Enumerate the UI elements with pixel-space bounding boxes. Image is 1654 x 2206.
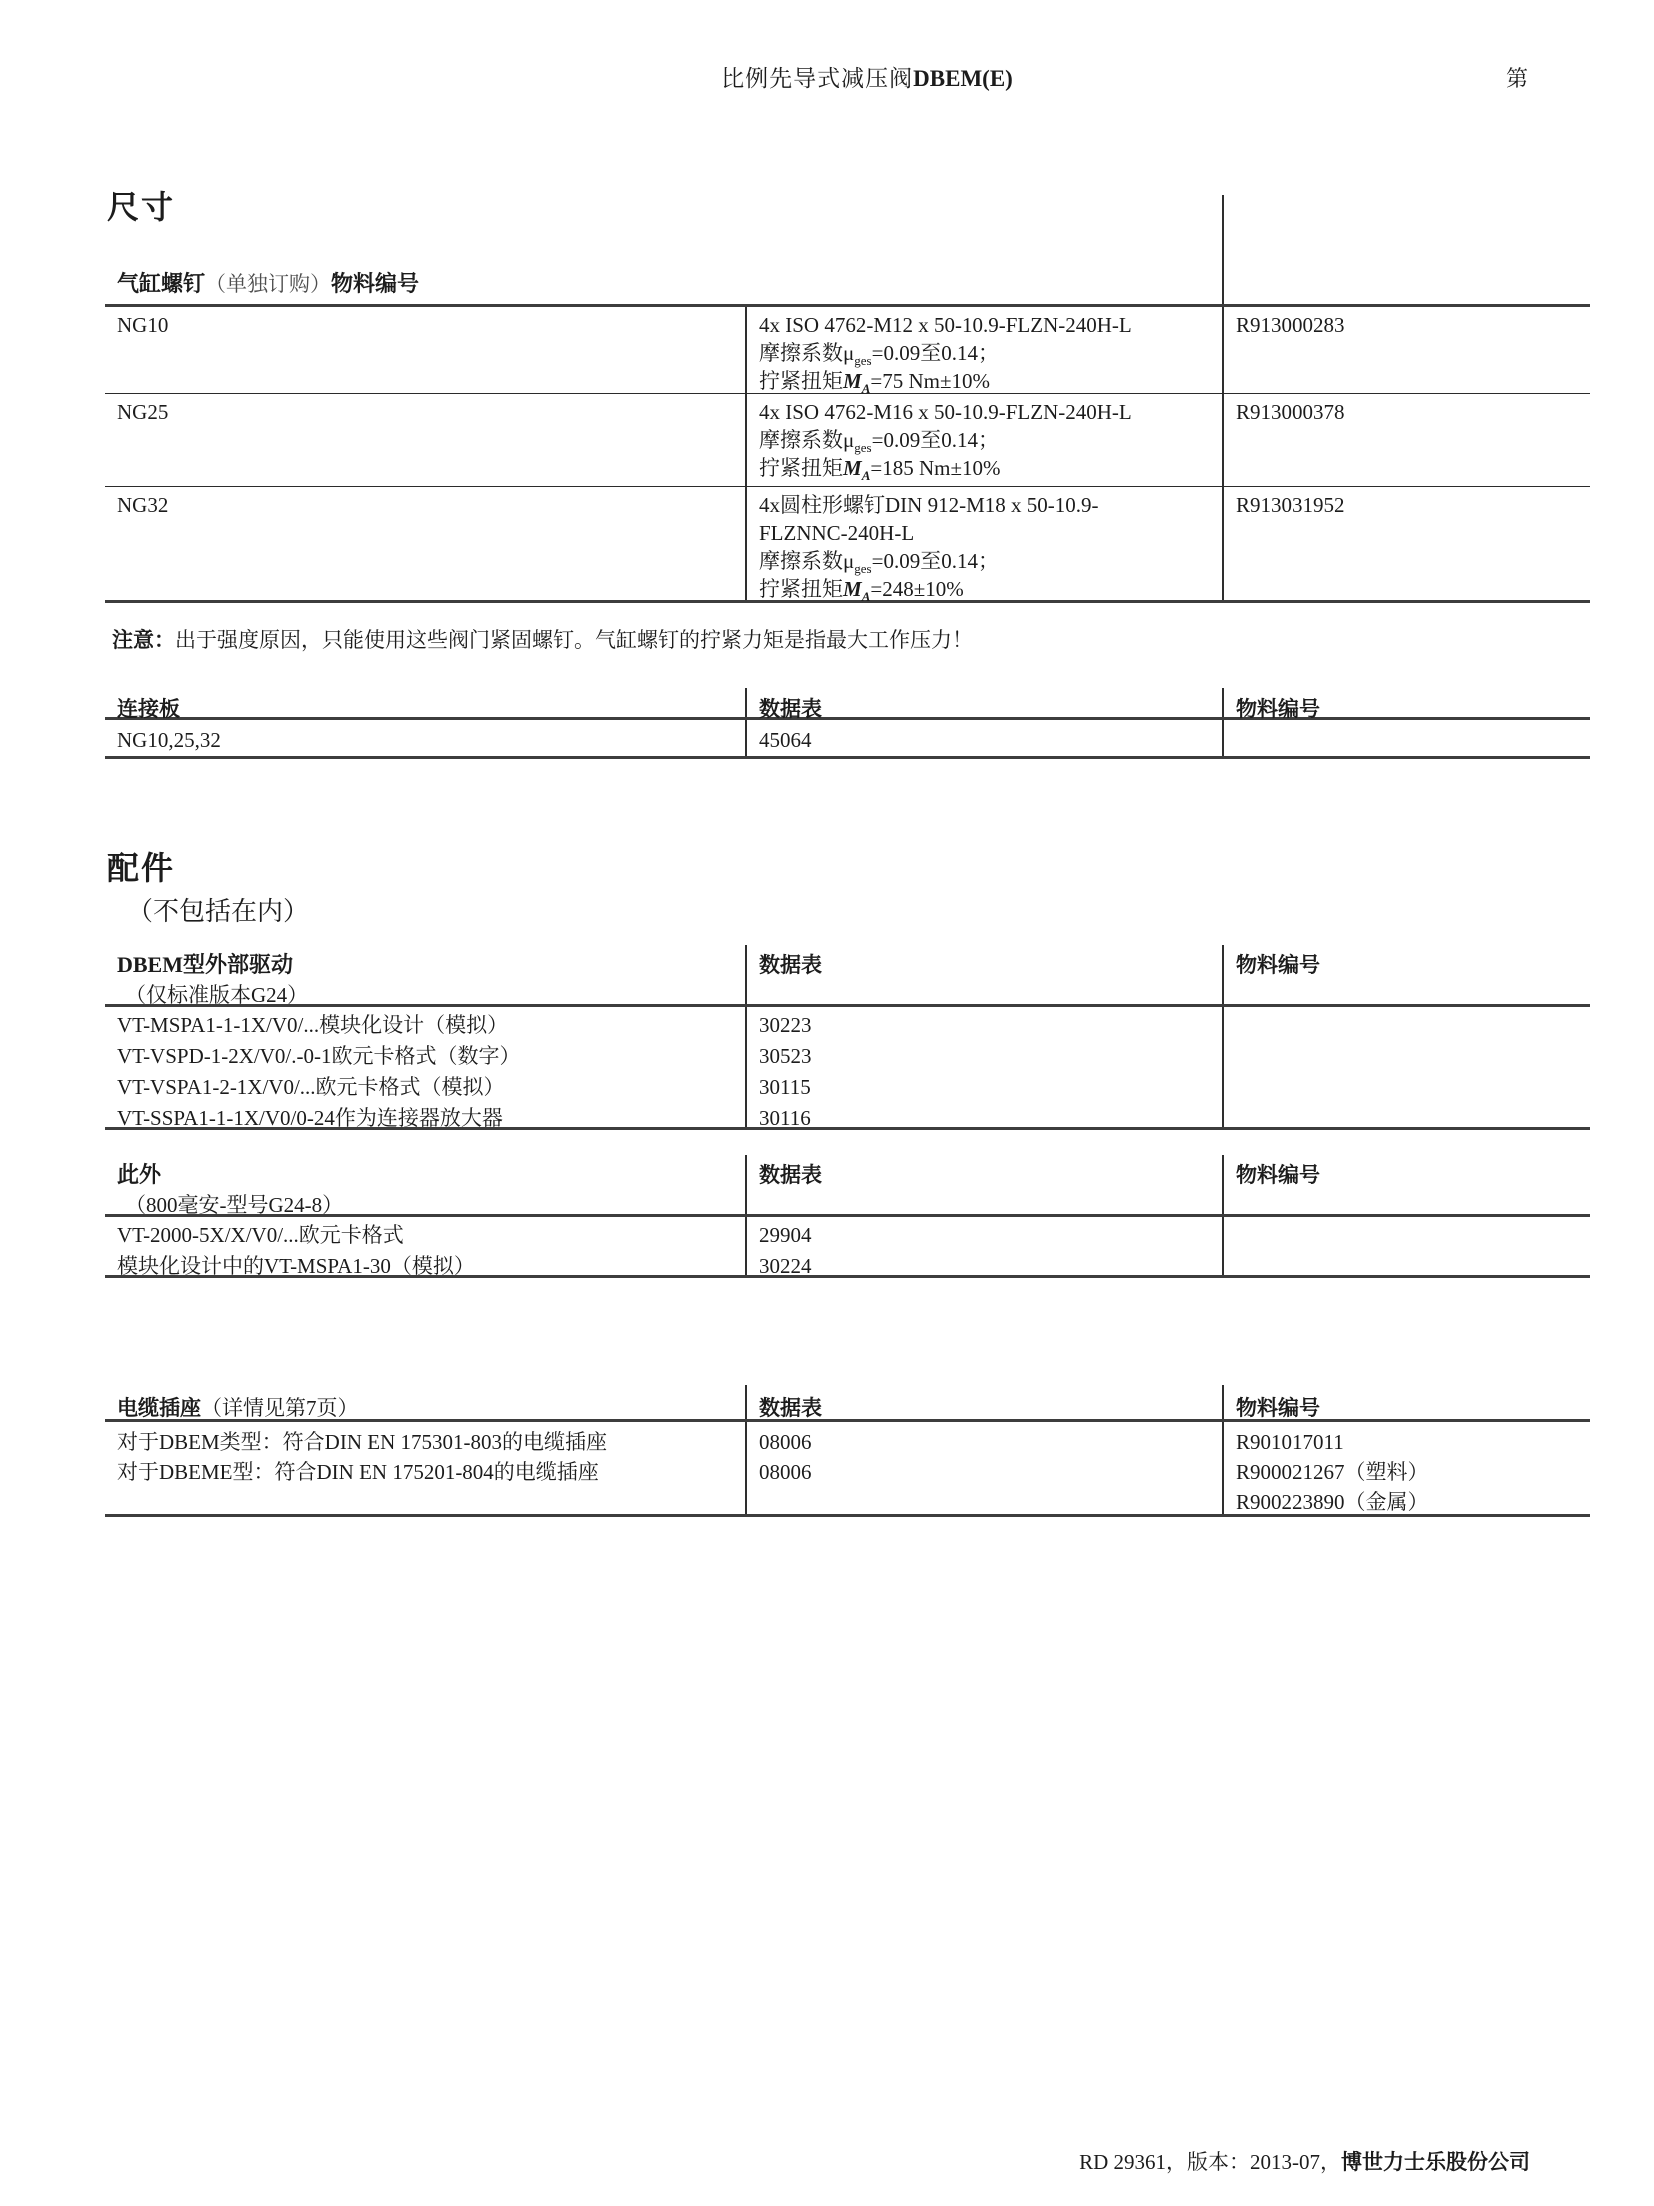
- list-item: VT-MSPA1-1-1X/V0/...模块化设计（模拟）: [117, 1010, 520, 1041]
- other-table-subtitle: （800毫安-型号G24-8）: [117, 1190, 343, 1220]
- list-item: 对于DBEME型：符合DIN EN 175201-804的电缆插座: [117, 1457, 607, 1487]
- screws-table-header-text: 气缸螺钉（单独订购）物料编号: [117, 267, 419, 298]
- col-header-partno: 物料编号: [1236, 945, 1320, 980]
- drive-table-title-cell: DBEM型外部驱动 （仅标准版本G24）: [117, 945, 308, 1010]
- column-divider: [745, 307, 747, 393]
- table-row-ng32: NG32 4x圆柱形螺钉DIN 912-M18 x 50-10.9- FLZNN…: [105, 487, 1590, 603]
- cell-spec: 4x ISO 4762-M16 x 50-10.9-FLZN-240H-L 摩擦…: [759, 394, 1132, 482]
- column-divider: [745, 945, 747, 1004]
- column-divider: [1222, 945, 1224, 1004]
- list-item: 模块化设计中的VT-MSPA1-30（模拟）: [117, 1251, 475, 1282]
- drive-table-subtitle: （仅标准版本G24）: [117, 980, 308, 1010]
- column-divider: [745, 1007, 747, 1127]
- plate-table-header-row: 连接板 数据表 物料编号: [105, 688, 1590, 720]
- cell-part-number: R913000283: [1236, 307, 1345, 339]
- footer-company: 博世力士乐股份公司: [1341, 2150, 1530, 2174]
- column-divider: [745, 1422, 747, 1514]
- cell-part-number: R900223890（金属）: [1236, 1487, 1429, 1517]
- drive-names: VT-MSPA1-1-1X/V0/...模块化设计（模拟） VT-VSPD-1-…: [117, 1007, 520, 1134]
- column-divider: [1222, 307, 1224, 393]
- page-number-label: 第: [1506, 62, 1528, 93]
- drive-table: DBEM型外部驱动 （仅标准版本G24） 数据表 物料编号 VT-MSPA1-1…: [105, 945, 1590, 1130]
- screws-header-paren: （单独订购）: [205, 272, 331, 296]
- friction-line: 摩擦系数μges=0.09至0.14；: [759, 426, 1132, 454]
- column-divider: [1222, 394, 1224, 486]
- table-row-ng25: NG25 4x ISO 4762-M16 x 50-10.9-FLZN-240H…: [105, 394, 1590, 487]
- socket-table-title: 电缆插座: [117, 1396, 201, 1420]
- socket-part-numbers: R901017011 R900021267（塑料） R900223890（金属）: [1236, 1422, 1429, 1517]
- cell-datasheet: 29904: [759, 1220, 812, 1251]
- column-divider: [1222, 195, 1224, 304]
- socket-table-title-paren: （详情见第7页）: [201, 1396, 359, 1420]
- note-text: 出于强度原因，只能使用这些阀门紧固螺钉。气缸螺钉的拧紧力矩是指最大工作压力！: [175, 628, 973, 652]
- cell-datasheet: 30116: [759, 1103, 812, 1134]
- list-item: VT-VSPD-1-2X/V0/.-0-1欧元卡格式（数字）: [117, 1041, 520, 1072]
- column-divider: [1222, 688, 1224, 717]
- socket-names: 对于DBEM类型：符合DIN EN 175301-803的电缆插座 对于DBEM…: [117, 1422, 607, 1487]
- cell-datasheet: 08006: [759, 1427, 812, 1457]
- column-divider: [1222, 720, 1224, 756]
- spec-line: 4x ISO 4762-M16 x 50-10.9-FLZN-240H-L: [759, 398, 1132, 426]
- column-divider: [1222, 487, 1224, 600]
- column-divider: [745, 720, 747, 756]
- socket-table-title-cell: 电缆插座（详情见第7页）: [117, 1385, 359, 1422]
- list-item: VT-VSPA1-2-1X/V0/...欧元卡格式（模拟）: [117, 1072, 520, 1103]
- col-header-partno: 物料编号: [1236, 688, 1320, 723]
- column-divider: [745, 1385, 747, 1419]
- note: 注意：出于强度原因，只能使用这些阀门紧固螺钉。气缸螺钉的拧紧力矩是指最大工作压力…: [112, 624, 973, 654]
- cell-spec: 4x ISO 4762-M12 x 50-10.9-FLZN-240H-L 摩擦…: [759, 307, 1132, 395]
- screws-header-title: 气缸螺钉: [117, 271, 205, 296]
- drive-table-title: DBEM型外部驱动: [117, 950, 308, 980]
- drive-table-header-row: DBEM型外部驱动 （仅标准版本G24） 数据表 物料编号: [105, 945, 1590, 1007]
- spec-line: 4x圆柱形螺钉DIN 912-M18 x 50-10.9-: [759, 491, 1098, 519]
- footer-meta: RD 29361，版本：2013-07，: [1079, 2150, 1341, 2174]
- doc-title: 比例先导式减压阀DBEM(E): [80, 60, 1654, 93]
- plate-table: 连接板 数据表 物料编号 NG10,25,32 45064: [105, 688, 1590, 759]
- cell-datasheet: 30223: [759, 1010, 812, 1041]
- cell-spec: 4x圆柱形螺钉DIN 912-M18 x 50-10.9- FLZNNC-240…: [759, 487, 1098, 603]
- socket-table-header-row: 电缆插座（详情见第7页） 数据表 物料编号: [105, 1385, 1590, 1422]
- cell-datasheet: 30115: [759, 1072, 812, 1103]
- torque-line: 拧紧扭矩MA=75 Nm±10%: [759, 367, 1132, 395]
- column-divider: [1222, 1217, 1224, 1275]
- cell-datasheet: 45064: [759, 720, 812, 753]
- page-footer: RD 29361，版本：2013-07，博世力士乐股份公司: [0, 2146, 1530, 2176]
- other-table-body: VT-2000-5X/X/V0/...欧元卡格式 模块化设计中的VT-MSPA1…: [105, 1217, 1590, 1278]
- cell-part-number: R900021267（塑料）: [1236, 1457, 1429, 1487]
- other-table-title: 此外: [117, 1160, 343, 1190]
- col-header-datasheet: 数据表: [759, 688, 822, 723]
- list-item: 对于DBEM类型：符合DIN EN 175301-803的电缆插座: [117, 1427, 607, 1457]
- spec-line-2: FLZNNC-240H-L: [759, 519, 1098, 547]
- column-divider: [745, 688, 747, 717]
- screws-table: 气缸螺钉（单独订购）物料编号 NG10 4x ISO 4762-M12 x 50…: [105, 195, 1590, 603]
- socket-table: 电缆插座（详情见第7页） 数据表 物料编号 对于DBEM类型：符合DIN EN …: [105, 1385, 1590, 1517]
- accessories-subheading: （不包括在内）: [127, 891, 309, 928]
- column-divider: [745, 1217, 747, 1275]
- cell-datasheet: 30224: [759, 1251, 812, 1282]
- column-divider: [1222, 1007, 1224, 1127]
- accessories-heading: 配件: [107, 843, 175, 889]
- doc-title-text: 比例先导式减压阀: [721, 66, 913, 91]
- other-table: 此外 （800毫安-型号G24-8） 数据表 物料编号 VT-2000-5X/X…: [105, 1155, 1590, 1278]
- col-header-datasheet: 数据表: [759, 1155, 822, 1190]
- socket-sheets: 08006 08006: [759, 1422, 812, 1487]
- doc-title-model: DBEM(E): [913, 66, 1013, 91]
- col-header-plate: 连接板: [117, 688, 180, 723]
- torque-line: 拧紧扭矩MA=185 Nm±10%: [759, 454, 1132, 482]
- datasheet-page: 比例先导式减压阀DBEM(E) 第 尺寸 气缸螺钉（单独订购）物料编号 NG10…: [0, 0, 1654, 2206]
- col-header-datasheet: 数据表: [759, 1385, 822, 1422]
- other-names: VT-2000-5X/X/V0/...欧元卡格式 模块化设计中的VT-MSPA1…: [117, 1217, 475, 1282]
- cell-datasheet: 08006: [759, 1457, 812, 1487]
- column-divider: [1222, 1422, 1224, 1514]
- other-table-title-cell: 此外 （800毫安-型号G24-8）: [117, 1155, 343, 1220]
- cell-size: NG25: [117, 394, 168, 426]
- friction-line: 摩擦系数μges=0.09至0.14；: [759, 547, 1098, 575]
- list-item: VT-2000-5X/X/V0/...欧元卡格式: [117, 1220, 475, 1251]
- cell-size: NG32: [117, 487, 168, 519]
- drive-sheets: 30223 30523 30115 30116: [759, 1007, 812, 1134]
- screws-table-header-row: 气缸螺钉（单独订购）物料编号: [105, 195, 1590, 307]
- note-label: 注意：: [112, 628, 175, 652]
- friction-line: 摩擦系数μges=0.09至0.14；: [759, 339, 1132, 367]
- socket-table-body: 对于DBEM类型：符合DIN EN 175301-803的电缆插座 对于DBEM…: [105, 1422, 1590, 1517]
- column-divider: [1222, 1155, 1224, 1214]
- cell-part-number: R913031952: [1236, 487, 1345, 519]
- torque-line: 拧紧扭矩MA=248±10%: [759, 575, 1098, 603]
- cell-part-number: R913000378: [1236, 394, 1345, 426]
- cell-datasheet: 30523: [759, 1041, 812, 1072]
- spec-line: 4x ISO 4762-M12 x 50-10.9-FLZN-240H-L: [759, 311, 1132, 339]
- other-sheets: 29904 30224: [759, 1217, 812, 1282]
- column-divider: [1222, 1385, 1224, 1419]
- column-divider: [745, 1155, 747, 1214]
- col-header-datasheet: 数据表: [759, 945, 822, 980]
- drive-table-body: VT-MSPA1-1-1X/V0/...模块化设计（模拟） VT-VSPD-1-…: [105, 1007, 1590, 1130]
- table-row-ng10: NG10 4x ISO 4762-M12 x 50-10.9-FLZN-240H…: [105, 307, 1590, 394]
- list-item: VT-SSPA1-1-1X/V0/0-24作为连接器放大器: [117, 1103, 520, 1134]
- col-header-partno: 物料编号: [1236, 1155, 1320, 1190]
- cell-sizes: NG10,25,32: [117, 720, 221, 753]
- column-divider: [745, 487, 747, 600]
- screws-header-partno: 物料编号: [331, 271, 419, 296]
- other-table-header-row: 此外 （800毫安-型号G24-8） 数据表 物料编号: [105, 1155, 1590, 1217]
- column-divider: [745, 394, 747, 486]
- col-header-partno: 物料编号: [1236, 1385, 1320, 1422]
- cell-part-number: R901017011: [1236, 1427, 1429, 1457]
- table-row: NG10,25,32 45064: [105, 720, 1590, 759]
- cell-size: NG10: [117, 307, 168, 339]
